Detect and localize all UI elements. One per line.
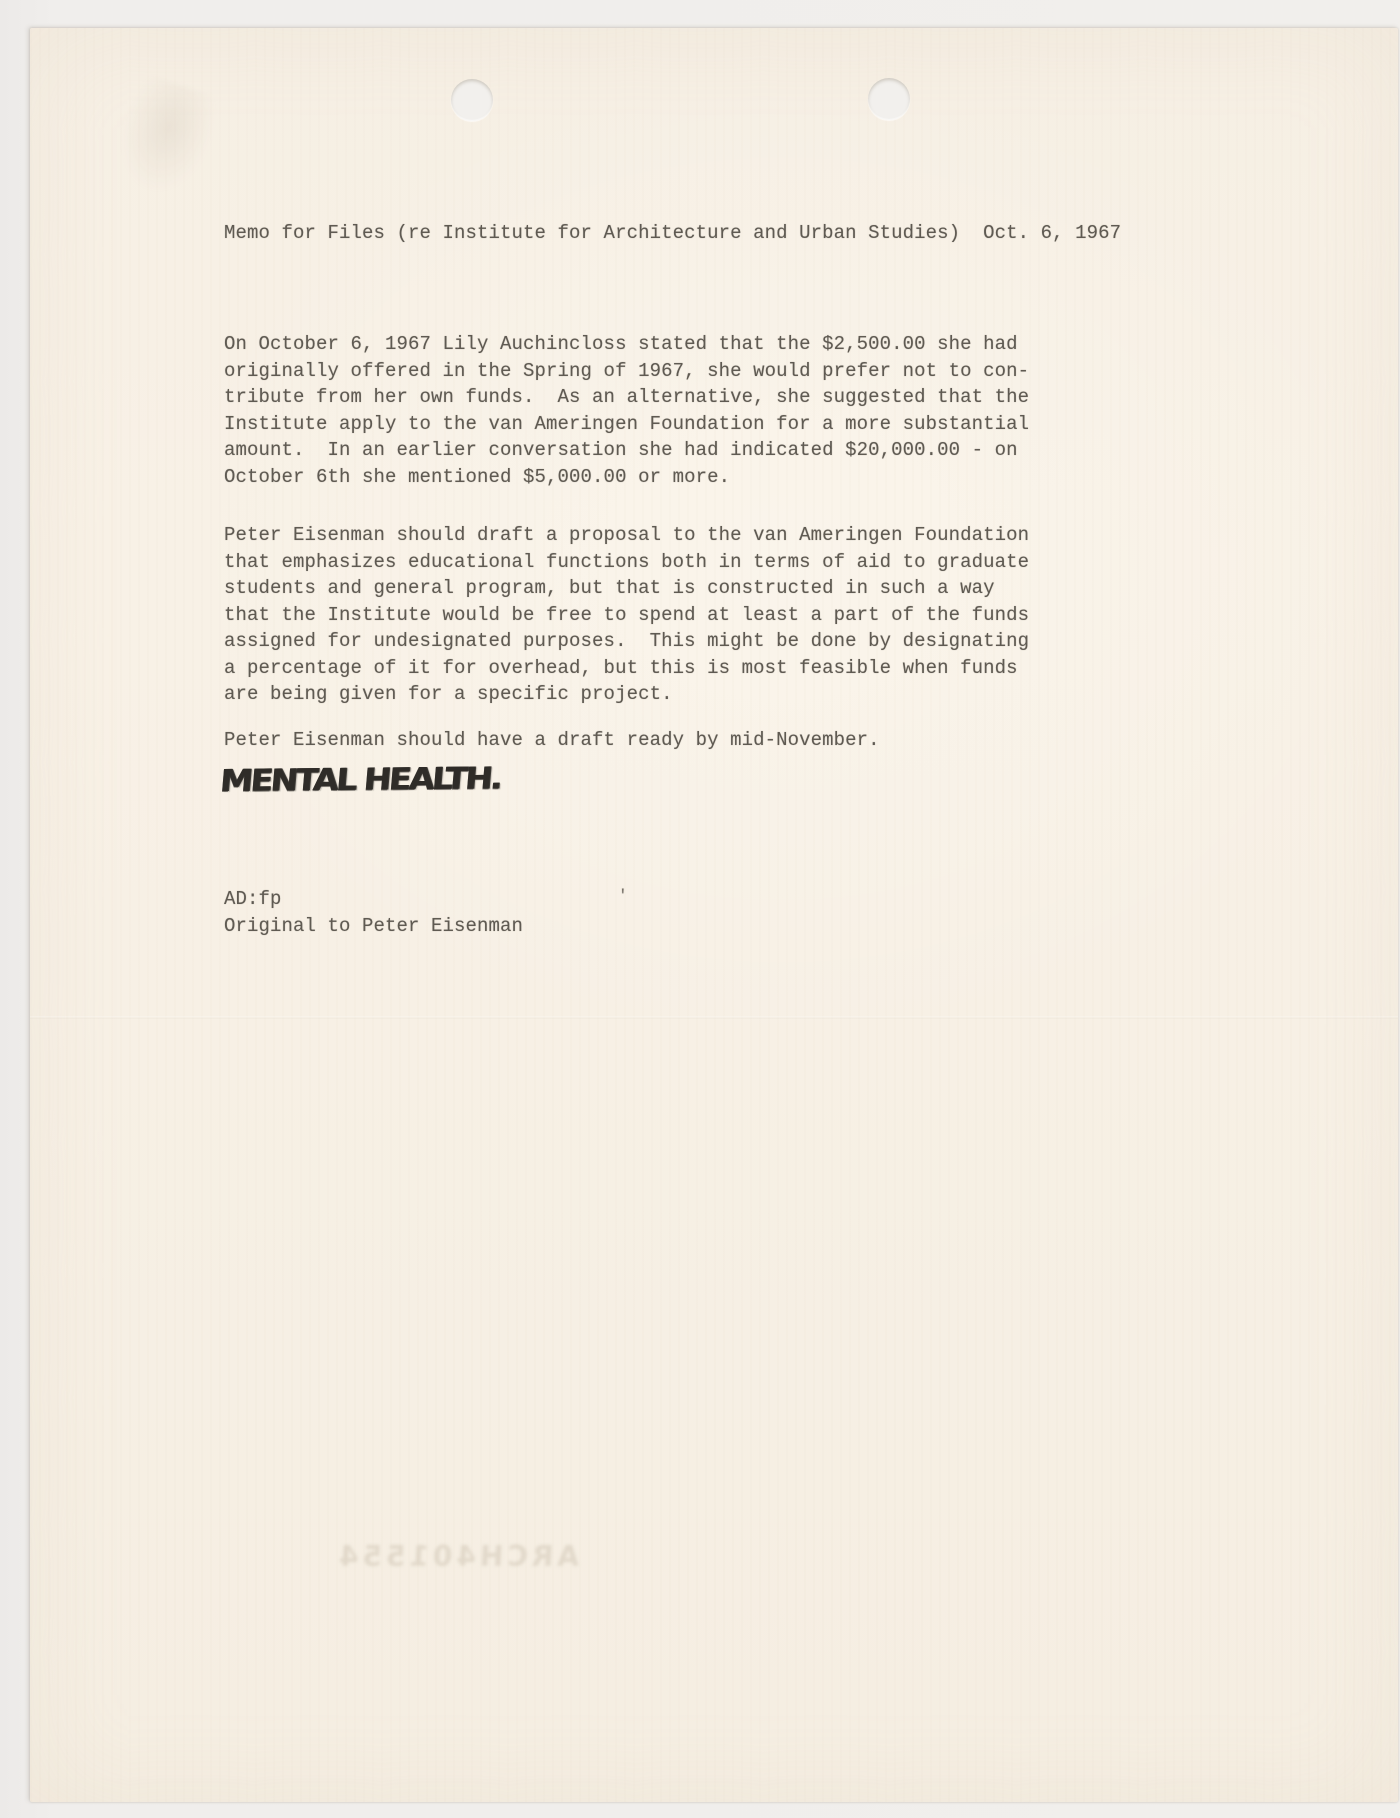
stray-typed-mark: '	[618, 883, 628, 910]
bleed-through-text: ARCH401554	[334, 1540, 580, 1573]
memo-page: Memo for Files (re Institute for Archite…	[30, 28, 1398, 1802]
handwritten-annotation: MENTAL HEALTH.	[218, 760, 501, 799]
distribution-note: Original to Peter Eisenman	[224, 913, 523, 940]
memo-title: Memo for Files (re Institute for Archite…	[224, 220, 1121, 247]
paper-smudge	[105, 72, 225, 204]
memo-paragraph-2: Peter Eisenman should draft a proposal t…	[224, 522, 1029, 708]
punch-hole-right	[868, 78, 910, 120]
memo-paragraph-3: Peter Eisenman should have a draft ready…	[224, 727, 880, 754]
scan-background: Memo for Files (re Institute for Archite…	[0, 0, 1400, 1818]
memo-paragraph-1: On October 6, 1967 Lily Auchincloss stat…	[224, 331, 1029, 490]
paper-crease-line	[30, 1016, 1398, 1019]
typist-initials: AD:fp	[224, 886, 282, 913]
punch-hole-left	[451, 79, 493, 121]
